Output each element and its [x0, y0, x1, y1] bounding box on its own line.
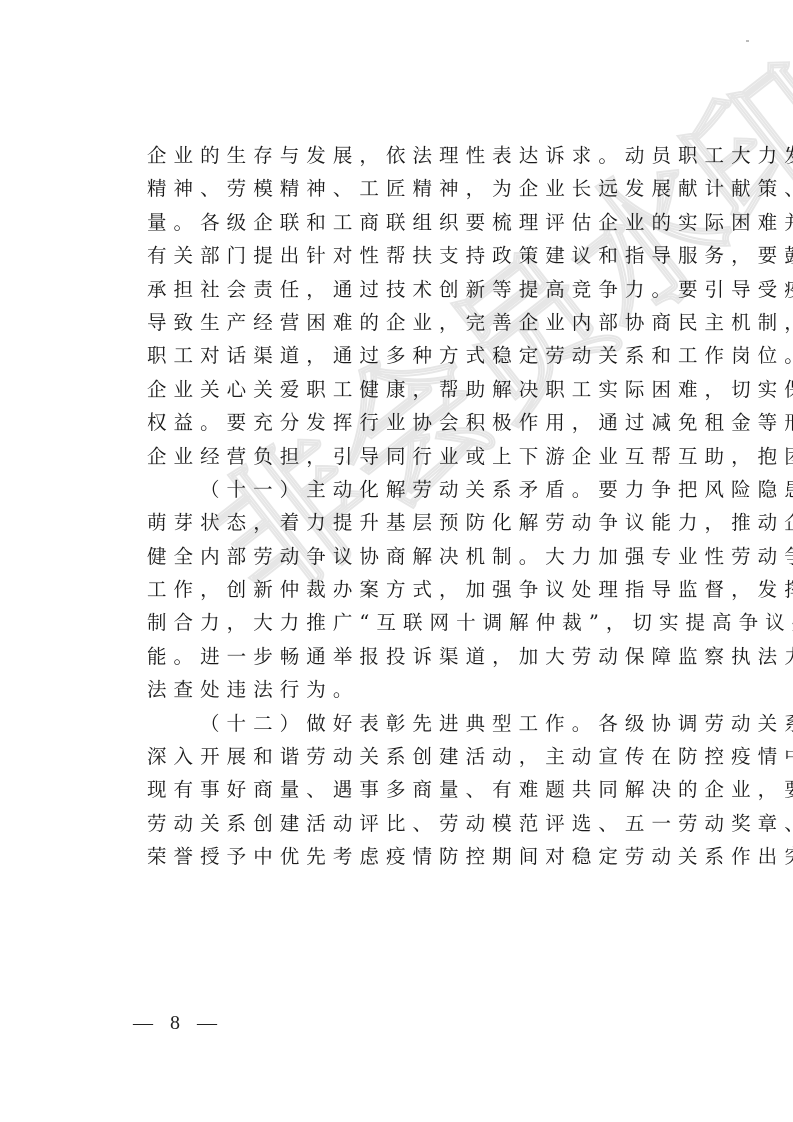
- text-line: 有关部门提出针对性帮扶支持政策建议和指导服务，要鼓励企业: [147, 239, 687, 272]
- text-run: 各级协调劳动关系三方要: [598, 712, 793, 735]
- paragraph-1: 企业的生存与发展，依法理性表达诉求。动员职工大力发扬劳动 精神、劳模精神、工匠精…: [147, 139, 687, 473]
- scan-speck: [746, 40, 749, 42]
- body-text: 企业的生存与发展，依法理性表达诉求。动员职工大力发扬劳动 精神、劳模精神、工匠精…: [147, 139, 687, 874]
- text-line: 现有事好商量、遇事多商量、有难题共同解决的企业，要在和谐: [147, 773, 687, 806]
- text-line: 职工对话渠道，通过多种方式稳定劳动关系和工作岗位。要引导: [147, 339, 687, 372]
- text-line: 企业关心关爱职工健康，帮助解决职工实际困难，切实保障职工: [147, 373, 687, 406]
- text-line: 导致生产经营困难的企业，完善企业内部协商民主机制，畅通与: [147, 306, 687, 339]
- text-line: 权益。要充分发挥行业协会积极作用，通过减免租金等形式减轻: [147, 406, 687, 439]
- text-run: 要力争把风险隐患化解在: [598, 478, 793, 501]
- text-line-first: （十二）做好表彰先进典型工作。各级协调劳动关系三方要: [147, 707, 687, 740]
- text-line: 企业的生存与发展，依法理性表达诉求。动员职工大力发扬劳动: [147, 139, 687, 172]
- paragraph-11: （十一）主动化解劳动关系矛盾。要力争把风险隐患化解在 萌芽状态，着力提升基层预防…: [147, 473, 687, 707]
- text-line: 法查处违法行为。: [147, 673, 687, 706]
- section-heading-12: （十二）做好表彰先进典型工作。: [200, 712, 598, 735]
- paragraph-12: （十二）做好表彰先进典型工作。各级协调劳动关系三方要 深入开展和谐劳动关系创建活…: [147, 707, 687, 874]
- section-heading-11: （十一）主动化解劳动关系矛盾。: [200, 478, 598, 501]
- text-line: 工作，创新仲裁办案方式，加强争议处理指导监督，发挥多元机: [147, 573, 687, 606]
- text-line: 制合力，大力推广“互联网十调解仲裁”，切实提高争议处理效: [147, 606, 687, 639]
- text-line: 精神、劳模精神、工匠精神，为企业长远发展献计献策、贡献力: [147, 172, 687, 205]
- text-line: 劳动关系创建活动评比、劳动模范评选、五一劳动奖章、奖状等: [147, 807, 687, 840]
- text-line: 荣誉授予中优先考虑疫情防控期间对稳定劳动关系作出突出贡献: [147, 840, 687, 873]
- text-line: 量。各级企联和工商联组织要梳理评估企业的实际困难并积极向: [147, 206, 687, 239]
- text-line: 深入开展和谐劳动关系创建活动，主动宣传在防控疫情中真正实: [147, 740, 687, 773]
- text-line: 承担社会责任，通过技术创新等提高竞争力。要引导受疫情影响: [147, 273, 687, 306]
- page-number: — 8 —: [133, 1012, 223, 1035]
- text-line: 萌芽状态，着力提升基层预防化解劳动争议能力，推动企业建立: [147, 506, 687, 539]
- text-line: 企业经营负担，引导同行业或上下游企业互帮互助，抱团取暖。: [147, 440, 687, 473]
- document-page: 非会员水印 企业的生存与发展，依法理性表达诉求。动员职工大力发扬劳动 精神、劳模…: [0, 0, 793, 1122]
- text-line: 健全内部劳动争议协商解决机制。大力加强专业性劳动争议调解: [147, 540, 687, 573]
- text-line: 能。进一步畅通举报投诉渠道，加大劳动保障监察执法力度，依: [147, 640, 687, 673]
- text-line-first: （十一）主动化解劳动关系矛盾。要力争把风险隐患化解在: [147, 473, 687, 506]
